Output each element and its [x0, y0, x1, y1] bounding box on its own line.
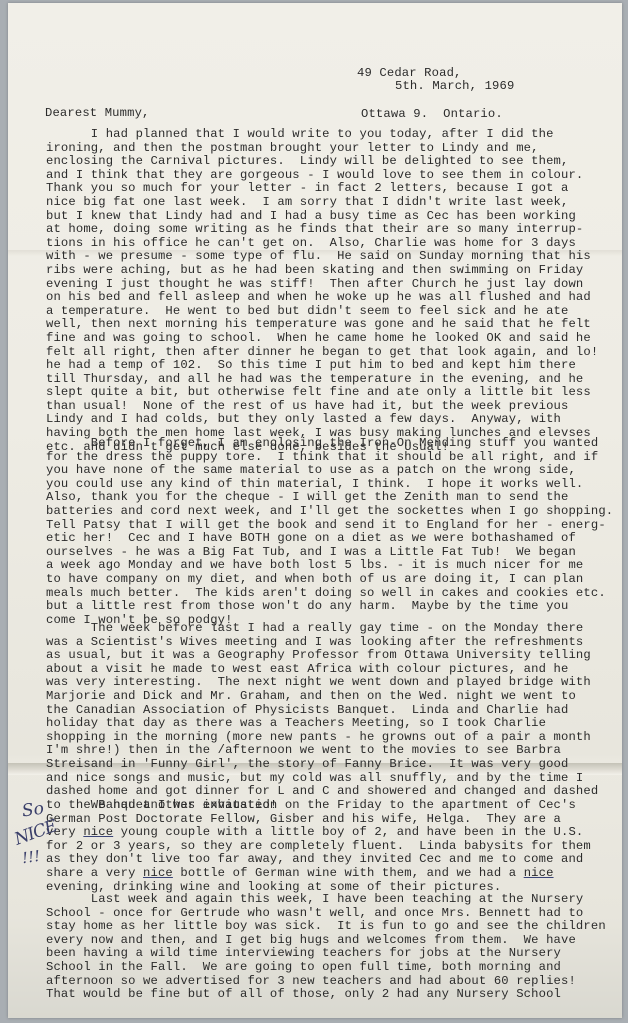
text-line: The week before last I had a really gay …	[46, 622, 598, 636]
text-line: dashed home and got dinner for L and C a…	[46, 785, 598, 799]
text-line: till Thursday, and all he had was the te…	[46, 373, 598, 387]
text-line: meals much better. The kids aren't doing…	[46, 587, 613, 601]
text-line: evening I just thought he was stiff! The…	[46, 278, 598, 292]
text-line: than usual! None of the rest of us have …	[46, 400, 598, 414]
text-line: ironing, and then the postman brought yo…	[46, 142, 598, 156]
text-line: stay home as her little boy was sick. It…	[46, 920, 606, 934]
text-line: felt all right, then after dinner he beg…	[46, 346, 598, 360]
text-line: you could use any kind of thin material,…	[46, 478, 613, 492]
text-line: slept quite a bit, but otherwise felt fi…	[46, 386, 598, 400]
text-line: Also, thank you for the cheque - I will …	[46, 491, 613, 505]
text-line: for the dress the puppy tore. I think th…	[46, 451, 613, 465]
text-line: shopping in the morning (more new pants …	[46, 731, 598, 745]
text-line: Streisand in 'Funny Girl', the story of …	[46, 758, 598, 772]
text-line: Lindy and I had colds, but they only las…	[46, 413, 598, 427]
text-line: to have company on my diet, and when bot…	[46, 573, 613, 587]
text-line: but I knew that Lindy had and I had a bu…	[46, 210, 598, 224]
handwritten-note-so: So	[21, 799, 45, 822]
text-line: about a visit he made to west east Afric…	[46, 663, 598, 677]
text-line: afternoon so we advertised for 3 new tea…	[46, 975, 606, 989]
text-line: and I think that they are gorgeous - I w…	[46, 169, 598, 183]
address-line-city: Ottawa 9. Ontario.	[361, 108, 503, 122]
text-line: School - once for Gertrude who wasn't we…	[46, 907, 606, 921]
text-line: was very interesting. The next night we …	[46, 676, 598, 690]
paragraph-4: We had another invitation on the Friday …	[46, 799, 591, 894]
text-line: That would be fine but of all of those, …	[46, 988, 606, 1002]
letter-date: 5th. March, 1969	[395, 80, 514, 94]
text-line: I had planned that I would write to you …	[46, 128, 598, 142]
handwritten-note-exclaim: !!!	[21, 847, 41, 867]
text-line: been having a wild time interviewing tea…	[46, 947, 606, 961]
text-line: you have none of the same material to us…	[46, 464, 613, 478]
text-line: Last week and again this week, I have be…	[46, 893, 606, 907]
text-line: on his bed and fell asleep and when he w…	[46, 291, 598, 305]
text-line: Marjorie and Dick and Mr. Graham, and th…	[46, 690, 598, 704]
salutation: Dearest Mummy,	[45, 107, 150, 121]
text-line: ourselves - he was a Big Fat Tub, and I …	[46, 546, 613, 560]
text-line: but a little rest from those won't do an…	[46, 600, 613, 614]
text-line: Before I forget, I am enclosing the Iron…	[46, 437, 613, 451]
text-line: Tell Patsy that I will get the book and …	[46, 519, 613, 533]
text-line: ribs were aching, but as he had been ska…	[46, 264, 598, 278]
paragraph-2: Before I forget, I am enclosing the Iron…	[46, 437, 613, 627]
text-line: holiday that day as there was a Teachers…	[46, 717, 598, 731]
text-line: a week ago Monday and we have both lost …	[46, 559, 613, 573]
text-line: School in the Fall. We are going to open…	[46, 961, 606, 975]
paragraph-1: I had planned that I would write to you …	[46, 128, 598, 454]
text-line: share a very nice bottle of German wine …	[46, 867, 591, 881]
text-line: every now and then, and I get big hugs a…	[46, 934, 606, 948]
text-line: enclosing the Carnival pictures. Lindy w…	[46, 155, 598, 169]
text-line: German Post Doctorate Fellow, Gisber and…	[46, 813, 591, 827]
text-line: as they don't live too far away, and the…	[46, 853, 591, 867]
text-line: well, then next morning his temperature …	[46, 318, 598, 332]
text-line: and nice songs and music, but my cold wa…	[46, 772, 598, 786]
text-line: the Canadian Association of Physicists B…	[46, 704, 598, 718]
text-line: tions in his office he can't get on. Als…	[46, 237, 598, 251]
text-line: batteries and cord next week, and I'll g…	[46, 505, 613, 519]
text-line: a temperature. He went to bed but didn't…	[46, 305, 598, 319]
text-line: We had another invitation on the Friday …	[46, 799, 591, 813]
text-line: I'm shre!) then in the /afternoon we wen…	[46, 744, 598, 758]
paragraph-3: The week before last I had a really gay …	[46, 622, 598, 812]
text-line: etic her! Cec and I have BOTH gone on a …	[46, 532, 613, 546]
text-line: Thank you so much for your letter - in f…	[46, 182, 598, 196]
text-line: fine and was going to school. When he ca…	[46, 332, 598, 346]
text-line: he had a temp of 102. So this time I put…	[46, 359, 598, 373]
underlined-word: nice	[143, 866, 173, 880]
text-line: with - we presume - some type of flu. He…	[46, 250, 598, 264]
underlined-word: nice	[83, 825, 113, 839]
text-line: nice big fat one last week. I am sorry t…	[46, 196, 598, 210]
text-line: was a Scientist's Wives meeting and I wa…	[46, 636, 598, 650]
text-line: for 2 or 3 years, so they are completely…	[46, 840, 591, 854]
underlined-word: nice	[524, 866, 554, 880]
text-line: very nice young couple with a little boy…	[46, 826, 591, 840]
text-line: at home, doing some writing as he finds …	[46, 223, 598, 237]
paragraph-5: Last week and again this week, I have be…	[46, 893, 606, 1002]
text-line: as usual, but it was a Geography Profess…	[46, 649, 598, 663]
